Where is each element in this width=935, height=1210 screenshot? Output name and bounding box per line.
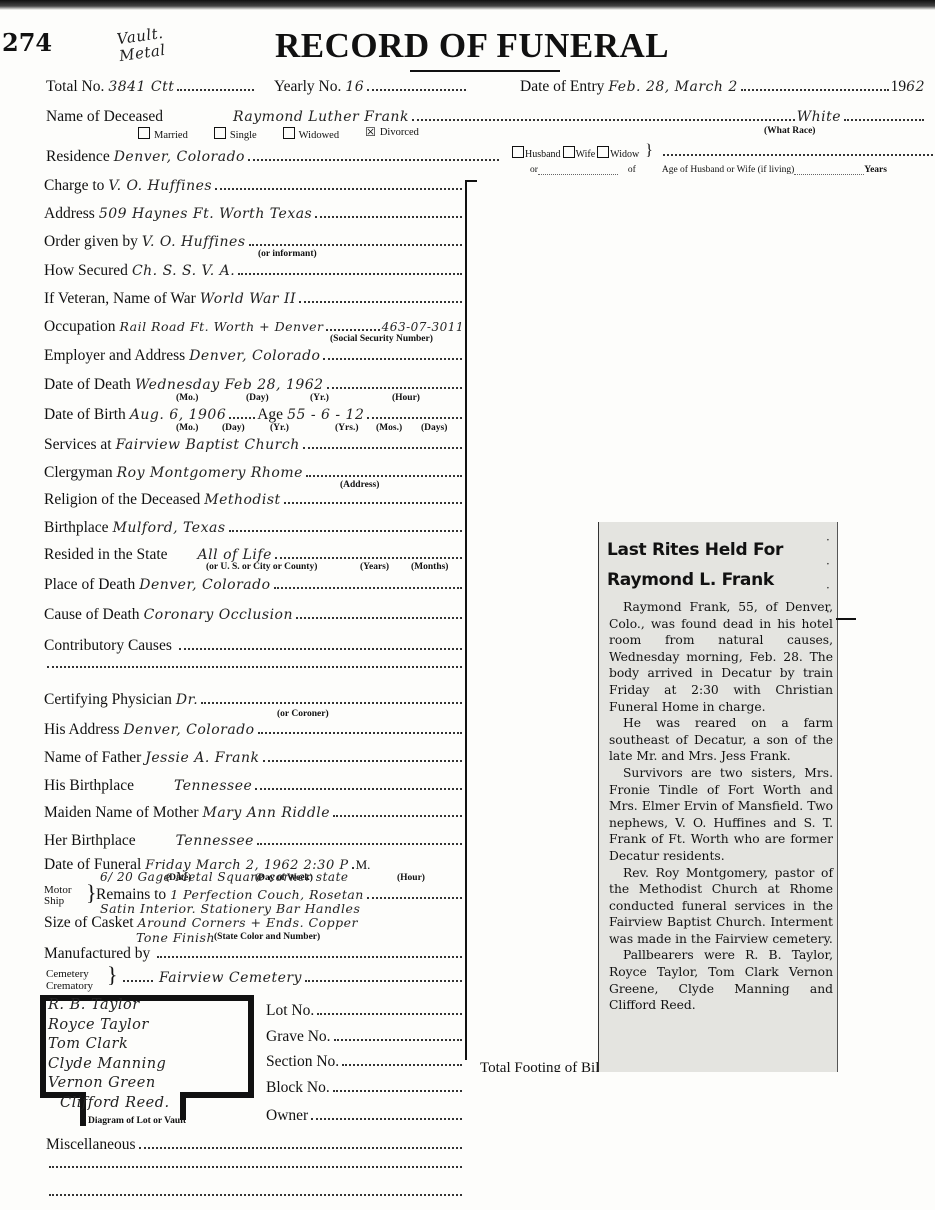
field-value: Aug. 6, 1906 — [130, 407, 226, 423]
dotted-line — [296, 617, 462, 619]
how-secured-field[interactable]: How Secured Ch. S. S. V. A. — [44, 262, 464, 280]
date-of-birth-field[interactable]: Date of Birth Aug. 6, 1906 Age 55 - 6 - … — [44, 406, 464, 424]
total-footing-label: Total Footing of Bil — [480, 1060, 599, 1072]
pallbearer-name: Clyde Manning — [48, 1055, 170, 1075]
dotted-line — [305, 980, 462, 982]
clipping-paragraph: Rev. Roy Montgomery, pastor of the Metho… — [609, 865, 833, 948]
checkbox-married[interactable] — [138, 127, 150, 139]
dotted-line — [123, 980, 153, 982]
diagram-border — [180, 1092, 248, 1098]
field-sublabel: (State Color and Number) — [214, 932, 320, 942]
dotted-line — [334, 1039, 462, 1041]
field-label: Services at — [44, 436, 112, 454]
margin-note: Vault. Metal — [116, 25, 167, 65]
age-value: 55 - 6 - 12 — [287, 407, 364, 423]
manufactured-by-field[interactable]: Manufactured by — [44, 945, 464, 963]
cemetery-crematory-label: Cemetery Crematory — [46, 968, 93, 992]
dotted-line — [367, 417, 462, 419]
field-value: Mary Ann Riddle — [203, 805, 331, 821]
field-sublabel: (Hour) — [397, 873, 425, 883]
dotted-line — [201, 702, 462, 704]
page-number: 274 — [2, 28, 52, 57]
clipping-paragraph: Raymond Frank, 55, of Denver, Colo., was… — [609, 599, 833, 715]
field-sublabel: (Address) — [340, 480, 379, 490]
place-of-death-field[interactable]: Place of Death Denver, Colorado — [44, 576, 464, 594]
field-label: His Address — [44, 721, 119, 739]
yearly-no-label: Yearly No. — [274, 78, 341, 96]
dotted-line — [342, 1064, 462, 1066]
checkbox-wife[interactable] — [563, 146, 575, 158]
size-of-casket-field[interactable]: Size of Casket Around Corners + Ends. Co… — [44, 914, 464, 932]
field-label: Religion of the Deceased — [44, 491, 200, 509]
date-of-entry-value: Feb. 28, March 2 — [608, 79, 737, 95]
field-value: Denver, Colorado — [189, 348, 320, 364]
field-sublabel: (Months) — [411, 562, 448, 572]
mother-maiden-name-field[interactable]: Maiden Name of Mother Mary Ann Riddle — [44, 804, 464, 822]
motor-ship-label: Motor Ship — [44, 885, 72, 907]
field-value: Fairview Baptist Church — [116, 437, 300, 453]
field-label: Place of Death — [44, 576, 135, 594]
residence-field[interactable]: Residence Denver, Colorado — [46, 148, 501, 166]
clipping-paragraph: Pallbearers were R. B. Taylor, Royce Tay… — [609, 947, 833, 1013]
section-no-field[interactable]: Section No. — [266, 1053, 464, 1071]
diagram-label: Diagram of Lot or Vault — [88, 1116, 186, 1126]
employer-field[interactable]: Employer and Address Denver, Colorado — [44, 347, 464, 365]
dotted-line — [317, 1013, 462, 1015]
cemetery-value: Fairview Cemetery — [159, 970, 302, 986]
dotted-line — [238, 273, 462, 275]
title-underline — [410, 70, 560, 72]
field-label: If Veteran, Name of War — [44, 290, 196, 308]
field-label: Occupation — [44, 318, 115, 336]
yearly-no-value: 16 — [345, 79, 364, 95]
yearly-no-field[interactable]: Yearly No. 16 — [274, 78, 468, 96]
order-given-by-field[interactable]: Order given by V. O. Huffines — [44, 233, 464, 251]
deceased-name-field[interactable]: Name of Deceased Raymond Luther Frank Wh… — [46, 108, 926, 126]
dotted-line — [315, 216, 462, 218]
dotted-line — [263, 760, 462, 762]
field-value: Mulford, Texas — [113, 520, 226, 536]
dotted-line — [177, 89, 254, 91]
field-sublabel: (Mo.) — [176, 423, 198, 433]
dotted-line — [663, 146, 933, 156]
total-no-field[interactable]: Total No. 3841 Ctt — [46, 78, 256, 96]
miscellaneous-line-2[interactable] — [46, 1166, 464, 1172]
brace: } — [86, 880, 97, 906]
dotted-line — [229, 530, 462, 532]
race-sublabel: (What Race) — [764, 126, 815, 136]
father-birthplace-field[interactable]: His Birthplace Tennessee — [44, 777, 464, 795]
field-label: Cause of Death — [44, 606, 140, 624]
crematory-label: Crematory — [46, 980, 93, 992]
pallbearer-name: Royce Taylor — [48, 1016, 170, 1036]
owner-field[interactable]: Owner — [266, 1107, 464, 1125]
certifying-physician-field[interactable]: Certifying Physician Dr. — [44, 691, 464, 709]
dotted-line — [333, 1090, 462, 1092]
field-label: Contributory Causes — [44, 637, 172, 655]
field-sublabel: (Yr.) — [270, 423, 289, 433]
dotted-line — [311, 1118, 462, 1120]
deceased-name-label: Name of Deceased — [46, 108, 163, 126]
field-value: Jessie A. Frank — [145, 750, 259, 766]
dotted-line — [306, 475, 462, 477]
field-label: Charge to — [44, 177, 104, 195]
field-sublabel: (or Coroner) — [277, 709, 329, 719]
race-value: White — [797, 109, 841, 125]
field-value: Tennessee — [174, 778, 252, 794]
date-of-entry-label: Date of Entry — [520, 78, 604, 96]
dotted-line — [284, 502, 462, 504]
block-no-field[interactable]: Block No. — [266, 1079, 464, 1097]
dotted-line — [303, 447, 462, 449]
contributory-causes-line-2[interactable] — [44, 666, 464, 672]
marital-label: Widowed — [299, 130, 339, 141]
dotted-line — [229, 417, 255, 419]
marital-status-group: Married Single Widowed ☒Divorced — [138, 127, 419, 141]
field-label: Birthplace — [44, 519, 109, 537]
dotted-line — [255, 788, 462, 790]
date-of-death-field[interactable]: Date of Death Wednesday Feb 28, 1962 — [44, 376, 464, 394]
owner-label: Owner — [266, 1107, 308, 1125]
field-label: Maiden Name of Mother — [44, 804, 199, 822]
miscellaneous-label: Miscellaneous — [46, 1136, 136, 1154]
dotted-line — [794, 165, 864, 175]
field-value: Rail Road Ft. Worth + Denver — [119, 319, 323, 334]
field-sublabel: (Mo.) — [176, 393, 198, 403]
field-label: Certifying Physician — [44, 691, 172, 709]
name-of-father-field[interactable]: Name of Father Jessie A. Frank — [44, 749, 464, 767]
years-label: Years — [864, 165, 887, 175]
services-at-field[interactable]: Services at Fairview Baptist Church — [44, 436, 464, 454]
dotted-line — [352, 867, 354, 869]
dotted-line — [323, 358, 462, 360]
total-no-label: Total No. — [46, 78, 104, 96]
field-sublabel: (Day) — [246, 393, 269, 403]
residence-value: Denver, Colorado — [114, 149, 245, 165]
marital-option-single[interactable]: Single — [214, 127, 257, 141]
dotted-line — [299, 301, 462, 303]
dotted-line — [538, 165, 618, 175]
year-prefix: 19 — [891, 78, 907, 96]
field-value: Dr. — [176, 692, 198, 708]
field-label: Date of Birth — [44, 406, 126, 424]
dotted-line — [249, 244, 462, 246]
religion-field[interactable]: Religion of the Deceased Methodist — [44, 491, 464, 509]
pallbearer-name: Clifford Reed. — [60, 1094, 170, 1114]
field-label: Order given by — [44, 233, 138, 251]
spouse-option-widow[interactable]: Widow — [597, 146, 639, 160]
veteran-war-field[interactable]: If Veteran, Name of War World War II — [44, 290, 464, 308]
field-value: Denver, Colorado — [123, 722, 254, 738]
dotted-line — [215, 188, 462, 190]
spouse-age-label: Age of Husband or Wife (if living) — [662, 165, 794, 175]
marital-label: Divorced — [380, 127, 419, 138]
dotted-line — [412, 119, 795, 121]
field-value: Ch. S. S. V. A. — [132, 263, 235, 279]
casket-finish-value: Tone Finish — [136, 930, 215, 945]
column-rule-top — [465, 180, 477, 182]
spouse-label: Wife — [576, 149, 596, 160]
dotted-line — [327, 387, 462, 389]
spouse-option-husband[interactable]: Husband — [512, 146, 561, 160]
contributory-causes-field[interactable]: Contributory Causes — [44, 637, 464, 655]
dotted-line — [49, 1194, 462, 1196]
pallbearer-list: R. B. Taylor Royce Taylor Tom Clark Clyd… — [48, 996, 170, 1113]
of-label: of — [628, 165, 636, 175]
dotted-line — [333, 815, 462, 817]
field-sublabel: (or U. S. or City or County) — [206, 562, 317, 572]
year-value: 62 — [906, 79, 925, 95]
ssn-sublabel: (Social Security Number) — [330, 334, 433, 344]
field-sublabel: (Hour) — [392, 393, 420, 403]
field-label: His Birthplace — [44, 777, 134, 795]
field-value: Roy Montgomery Rhome — [117, 465, 303, 481]
clipping-body: Raymond Frank, 55, of Denver, Colo., was… — [599, 595, 837, 1014]
headline-line: Last Rites Held For — [607, 535, 837, 565]
field-sublabel: (Yrs.) — [335, 423, 358, 433]
field-sublabel: (Days) — [421, 423, 447, 433]
field-label: Her Birthplace — [44, 832, 136, 850]
pm-suffix: M. — [356, 857, 371, 873]
date-of-entry-field[interactable]: Date of Entry Feb. 28, March 2 19 62 — [520, 78, 925, 96]
field-value: Coronary Occlusion — [144, 607, 293, 623]
field-value: World War II — [200, 291, 296, 307]
marital-option-widowed[interactable]: Widowed — [283, 127, 339, 141]
dotted-line — [274, 587, 462, 589]
birthplace-field[interactable]: Birthplace Mulford, Texas — [44, 519, 464, 537]
edge-dots: ···· — [826, 528, 830, 624]
dotted-line — [258, 732, 462, 734]
pallbearer-name: Tom Clark — [48, 1035, 170, 1055]
field-label: Resided in the State — [44, 546, 168, 564]
marital-label: Single — [230, 130, 257, 141]
his-address-field[interactable]: His Address Denver, Colorado — [44, 721, 464, 739]
page-title: RECORD OF FUNERAL — [275, 26, 669, 66]
ship-label: Ship — [44, 896, 72, 907]
checkbox-divorced-checked[interactable]: ☒ — [365, 127, 376, 137]
dotted-line — [326, 329, 379, 331]
cemetery-label: Cemetery — [46, 968, 93, 980]
clipping-paragraph: He was reared on a farm southeast of Dec… — [609, 715, 833, 765]
marital-option-divorced[interactable]: ☒Divorced — [365, 127, 419, 141]
field-label: Address — [44, 205, 95, 223]
spouse-label: Widow — [610, 149, 639, 160]
field-sublabel: (or informant) — [258, 249, 317, 259]
dotted-line — [741, 89, 889, 91]
field-label: Date of Death — [44, 376, 131, 394]
dotted-line — [47, 666, 462, 668]
dotted-line — [49, 1166, 462, 1168]
cemetery-field[interactable]: Fairview Cemetery — [120, 970, 464, 986]
size-of-casket-label: Size of Casket — [44, 914, 134, 932]
casket-description-line: 6/ 20 Gage Metal Square corner state — [100, 870, 349, 884]
size-of-casket-value: Around Corners + Ends. Copper — [138, 915, 358, 930]
spouse-section: Husband Wife Widow } or of Age of Husban… — [512, 146, 933, 175]
deceased-name-value: Raymond Luther Frank — [233, 109, 409, 125]
spouse-option-wife[interactable]: Wife — [563, 146, 596, 160]
ssn-value: 463-07-3011 — [382, 320, 464, 334]
manufactured-by-label: Manufactured by — [44, 945, 150, 963]
pallbearer-name: Vernon Green — [48, 1074, 170, 1094]
field-label: Name of Father — [44, 749, 141, 767]
checkbox-widow[interactable] — [597, 146, 609, 158]
address-field[interactable]: Address 509 Haynes Ft. Worth Texas — [44, 205, 464, 223]
total-no-value: 3841 Ctt — [108, 79, 174, 95]
margin-note-line: Metal — [118, 42, 167, 65]
dotted-line — [248, 159, 499, 161]
miscellaneous-line-3[interactable] — [46, 1194, 464, 1200]
pallbearer-name: R. B. Taylor — [48, 996, 170, 1016]
lot-no-label: Lot No. — [266, 1002, 314, 1020]
section-no-label: Section No. — [266, 1053, 339, 1071]
grave-no-field[interactable]: Grave No. — [266, 1028, 464, 1046]
dotted-line — [367, 89, 466, 91]
dotted-line — [275, 557, 462, 559]
field-value: Tennessee — [176, 833, 254, 849]
brace: } — [107, 962, 118, 988]
field-label: Clergyman — [44, 464, 113, 482]
dotted-line — [139, 1147, 462, 1149]
field-value: Wednesday Feb 28, 1962 — [135, 377, 324, 393]
age-label: Age — [257, 406, 283, 424]
remains-value: 1 Perfection Couch, Rosetan — [170, 887, 364, 902]
field-sublabel: (Yr.) — [310, 393, 329, 403]
mother-birthplace-field[interactable]: Her Birthplace Tennessee — [44, 832, 464, 850]
spouse-label: Husband — [525, 149, 561, 160]
checkbox-husband[interactable] — [512, 146, 524, 158]
cause-of-death-field[interactable]: Cause of Death Coronary Occlusion — [44, 606, 464, 624]
headline-line: Raymond L. Frank — [607, 565, 837, 595]
clipping-paragraph: Survivors are two sisters, Mrs. Fronie T… — [609, 765, 833, 865]
lot-no-field[interactable]: Lot No. — [266, 1002, 464, 1020]
grave-no-label: Grave No. — [266, 1028, 331, 1046]
clipping-edge-rule — [836, 618, 856, 620]
field-sublabel: (Mos.) — [376, 423, 402, 433]
field-label: Employer and Address — [44, 347, 185, 365]
newspaper-clipping: Last Rites Held For Raymond L. Frank Ray… — [598, 522, 837, 1072]
scan-top-edge — [0, 0, 935, 10]
field-label: How Secured — [44, 262, 128, 280]
or-label: or — [530, 165, 538, 175]
field-value: V. O. Huffines — [142, 234, 246, 250]
marital-label: Married — [154, 130, 188, 141]
clergyman-field[interactable]: Clergyman Roy Montgomery Rhome — [44, 464, 464, 482]
field-value: 509 Haynes Ft. Worth Texas — [99, 206, 312, 222]
field-sublabel: (Years) — [360, 562, 389, 572]
marital-option-married[interactable]: Married — [138, 127, 188, 141]
field-value: V. O. Huffines — [108, 178, 212, 194]
charge-to-field[interactable]: Charge to V. O. Huffines — [44, 177, 464, 195]
column-rule — [465, 180, 467, 1060]
dotted-line — [844, 119, 924, 121]
field-value: Denver, Colorado — [139, 577, 270, 593]
block-no-label: Block No. — [266, 1079, 330, 1097]
dotted-line — [257, 843, 462, 845]
dotted-line — [367, 897, 462, 899]
field-sublabel: (Day) — [222, 423, 245, 433]
clipping-headline: Last Rites Held For Raymond L. Frank — [599, 522, 837, 595]
brace: } — [645, 146, 653, 160]
checkbox-single[interactable] — [214, 127, 226, 139]
residence-label: Residence — [46, 148, 110, 166]
checkbox-widowed[interactable] — [283, 127, 295, 139]
miscellaneous-field[interactable]: Miscellaneous — [46, 1136, 464, 1154]
field-value: Methodist — [204, 492, 280, 508]
dotted-line — [157, 956, 462, 958]
field-value: All of Life — [198, 547, 272, 563]
dotted-line — [179, 648, 462, 650]
